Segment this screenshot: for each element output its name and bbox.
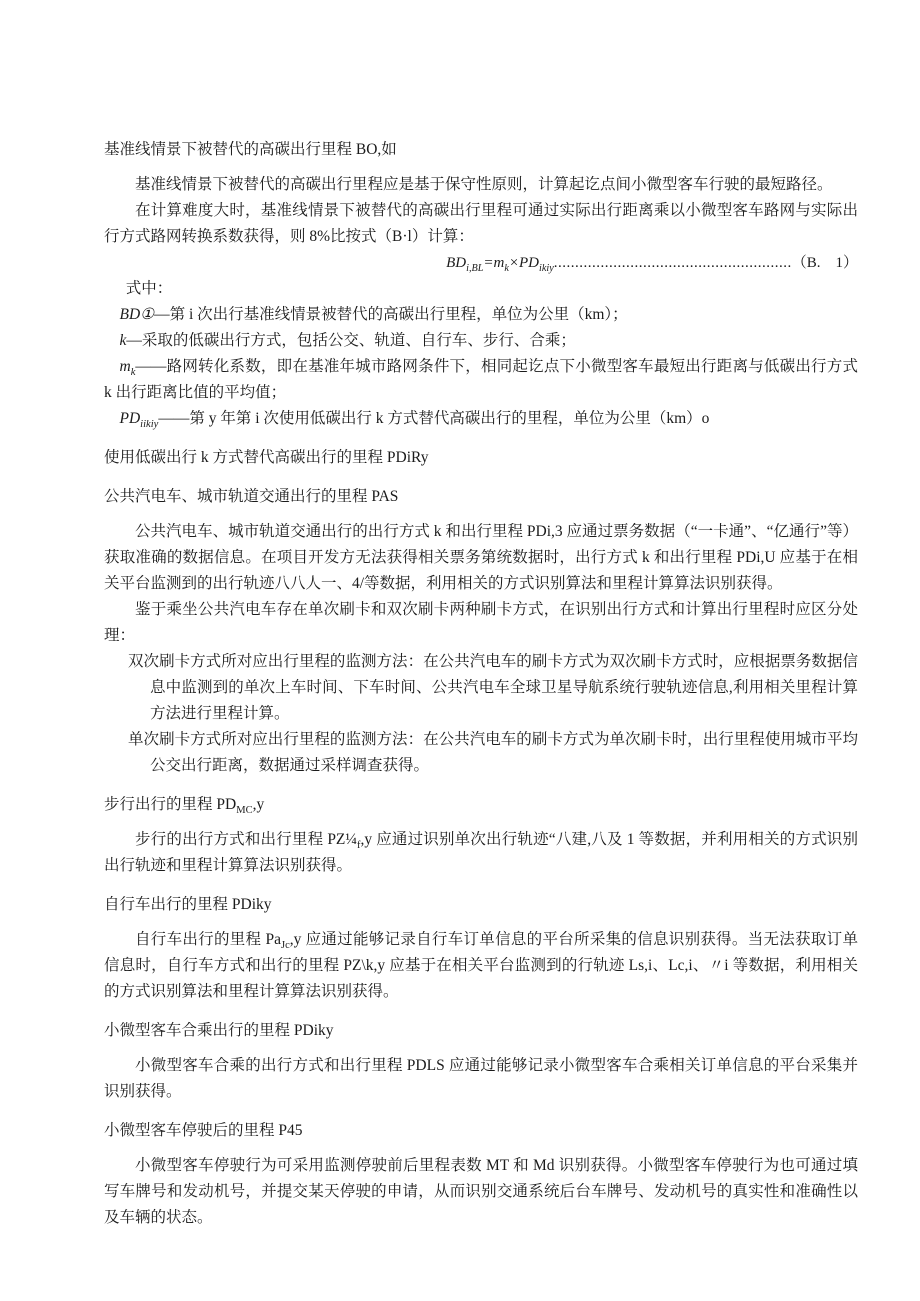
- heading-lowcarbon-replacement: 使用低碳出行 k 方式替代高碳出行的里程 PDiRy: [104, 445, 858, 471]
- definition-bd: BD①—第 i 次出行基准线情景被替代的高碳出行里程，单位为公里（km）；: [104, 302, 858, 328]
- heading-walk-mileage: 步行出行的里程 PDMC,y: [104, 792, 858, 818]
- para-carpool-data: 小微型客车合乘的出行方式和出行里程 PDLS 应通过能够记录小微型客车合乘相关订…: [104, 1053, 858, 1105]
- heading-bus-rail-mileage: 公共汽电车、城市轨道交通出行的里程 PAS: [104, 484, 858, 510]
- definition-mk: mk——路网转化系数，即在基准年城市路网条件下，相同起讫点下小微型客车最短出行距…: [104, 354, 858, 406]
- para-car-stop-data: 小微型客车停驶行为可采用监测停驶前后里程表数 MT 和 Md 识别获得。小微型客…: [104, 1153, 858, 1231]
- para-conservative-principle: 基准线情景下被替代的高碳出行里程应是基于保守性原则，计算起讫点间小微型客车行驶的…: [104, 172, 858, 198]
- document-page: 基准线情景下被替代的高碳出行里程 BO,如 基准线情景下被替代的高碳出行里程应是…: [0, 0, 920, 1231]
- heading-bike-mileage: 自行车出行的里程 PDiky: [104, 892, 858, 918]
- formula-b1: BDi,BL=mk×PDikiy........................…: [104, 250, 858, 276]
- definition-k: k—采取的低碳出行方式，包括公交、轨道、自行车、步行、合乘；: [104, 328, 858, 354]
- para-walk-data: 步行的出行方式和出行里程 PZ¼f,y 应通过识别单次出行轨迹“八建,八及 1 …: [104, 827, 858, 879]
- para-swipe-modes: 鉴于乘坐公共汽电车存在单次刷卡和双次刷卡两种刷卡方式，在识别出行方式和计算出行里…: [104, 597, 858, 649]
- heading-carpool-mileage: 小微型客车合乘出行的里程 PDiky: [104, 1018, 858, 1044]
- para-bus-rail-data: 公共汽电车、城市轨道交通出行的出行方式 k 和出行里程 PDi,3 应通过票务数…: [104, 519, 858, 597]
- list-item-single-swipe: 单次刷卡方式所对应出行里程的监测方法：在公共汽电车的刷卡方式为单次刷卡时，出行里…: [104, 727, 858, 779]
- formula-where-label: 式中：: [104, 276, 858, 302]
- para-calculation-difficulty: 在计算难度大时，基准线情景下被替代的高碳出行里程可通过实际出行距离乘以小微型客车…: [104, 198, 858, 250]
- list-item-double-swipe: 双次刷卡方式所对应出行里程的监测方法：在公共汽电车的刷卡方式为双次刷卡方式时，应…: [104, 649, 858, 727]
- heading-baseline-mileage: 基准线情景下被替代的高碳出行里程 BO,如: [104, 137, 858, 163]
- para-bike-data: 自行车出行的里程 PaJc,y 应通过能够记录自行车订单信息的平台所采集的信息识…: [104, 927, 858, 1005]
- definition-pd: PDiikiy——第 y 年第 i 次使用低碳出行 k 方式替代高碳出行的里程，…: [104, 406, 858, 432]
- heading-car-stop-mileage: 小微型客车停驶后的里程 P45: [104, 1118, 858, 1144]
